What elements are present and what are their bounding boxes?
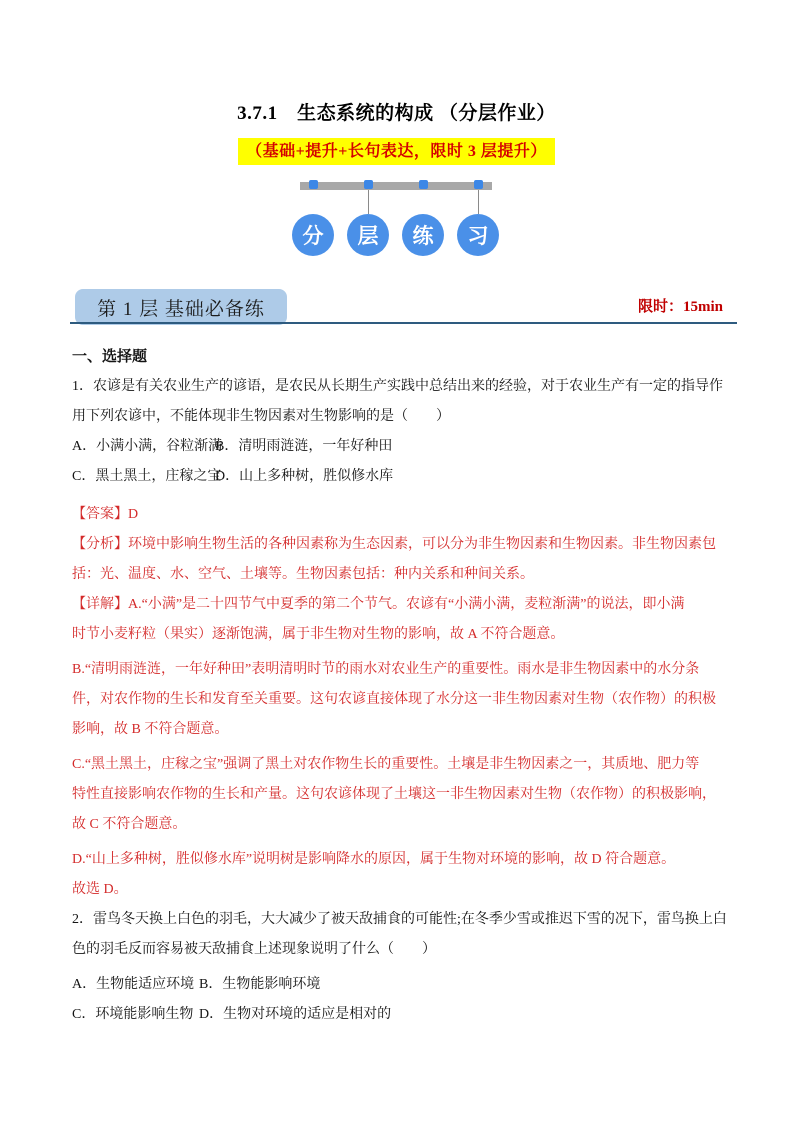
q2-option-c: C．环境能影响生物 (72, 1000, 199, 1030)
question-2: 2．雷鸟冬天换上白色的羽毛，大大减少了被天敌捕食的可能性;在冬季少雪或推迟下雪的… (72, 905, 722, 1030)
banner-circle-ceng: 层 (347, 214, 389, 256)
q1-detail-a-line-2: 时节小麦籽粒（果实）逐渐饱满，属于非生物对生物的影响，故 A 不符合题意。 (72, 620, 722, 650)
q2-option-d: D．生物对环境的适应是相对的 (199, 1000, 391, 1030)
question-1: 1．农谚是有关农业生产的谚语，是农民从长期生产实践中总结出来的经验，对于农业生产… (72, 372, 722, 905)
q1-answer: 【答案】D (72, 500, 722, 530)
time-limit-badge: 限时：15min (638, 295, 723, 316)
section-heading: 一、选择题 (72, 342, 722, 372)
q1-option-d: D．山上多种树，胜似修水库 (215, 462, 393, 492)
q1-conclusion: 故选 D。 (72, 875, 722, 905)
q1-detail-c-line-3: 故 C 不符合题意。 (72, 810, 722, 840)
q1-stem-line-1: 1．农谚是有关农业生产的谚语，是农民从长期生产实践中总结出来的经验，对于农业生产… (72, 372, 722, 402)
q1-option-b: B．清明雨涟涟，一年好种田 (215, 432, 392, 462)
banner-circle-fen: 分 (292, 214, 334, 256)
banner-circle-xi: 习 (457, 214, 499, 256)
worksheet-page: 3.7.1 生态系统的构成 （分层作业） （基础+提升+长句表达，限时 3 层提… (0, 0, 793, 1122)
banner-dot-1 (309, 180, 318, 189)
q1-option-a: A．小满小满，谷粒渐满 (72, 432, 215, 462)
banner-connector-2 (478, 190, 479, 214)
q2-options-row-cd: C．环境能影响生物 D．生物对环境的适应是相对的 (72, 1000, 722, 1030)
subtitle-banner: （基础+提升+长句表达，限时 3 层提升） (238, 138, 555, 165)
q2-stem-line-2: 色的羽毛反而容易被天敌捕食上述现象说明了什么（ ） (72, 935, 722, 965)
q1-analysis-line-1: 【分析】环境中影响生物生活的各种因素称为生态因素，可以分为非生物因素和生物因素。… (72, 530, 722, 560)
banner-connector-1 (368, 190, 369, 214)
q1-analysis: 【分析】环境中影响生物生活的各种因素称为生态因素，可以分为非生物因素和生物因素。… (72, 530, 722, 590)
q1-detail-c-line-1: C.“黑土黑土，庄稼之宝”强调了黑土对农作物生长的重要性。土壤是非生物因素之一，… (72, 750, 722, 780)
header-rule (70, 322, 737, 324)
banner-dot-3 (419, 180, 428, 189)
banner-bar (300, 182, 492, 190)
question-content: 一、选择题 1．农谚是有关农业生产的谚语，是农民从长期生产实践中总结出来的经验，… (72, 342, 722, 1030)
subtitle-row: （基础+提升+长句表达，限时 3 层提升） (0, 138, 793, 165)
q1-detail-b: B.“清明雨涟涟，一年好种田”表明清明时节的雨水对农业生产的重要性。雨水是非生物… (72, 655, 722, 745)
q1-detail-b-line-1: B.“清明雨涟涟，一年好种田”表明清明时节的雨水对农业生产的重要性。雨水是非生物… (72, 655, 722, 685)
q1-options-row-cd: C．黑土黑土，庄稼之宝 D．山上多种树，胜似修水库 (72, 462, 722, 492)
layer1-header: 第 1 层 基础必备练 限时：15min (70, 289, 737, 325)
banner-dot-2 (364, 180, 373, 189)
q2-option-a: A．生物能适应环境 (72, 970, 199, 1000)
q1-option-c: C．黑土黑土，庄稼之宝 (72, 462, 215, 492)
page-title: 3.7.1 生态系统的构成 （分层作业） (0, 0, 793, 125)
layer1-label: 第 1 层 基础必备练 (75, 289, 287, 325)
q1-detail-d: D.“山上多种树，胜似修水库”说明树是影响降水的原因，属于生物对环境的影响，故 … (72, 845, 722, 875)
q1-detail-c-line-2: 特性直接影响农作物的生长和产量。这句农谚体现了土壤这一非生物因素对生物（农作物）… (72, 780, 722, 810)
banner-dot-4 (474, 180, 483, 189)
q1-stem-line-2: 用下列农谚中，不能体现非生物因素对生物影响的是（ ） (72, 402, 722, 432)
q1-detail-a-line-1: 【详解】A.“小满”是二十四节气中夏季的第二个节气。农谚有“小满小满，麦粒渐满”… (72, 590, 722, 620)
layered-practice-banner: 分 层 练 习 (0, 181, 793, 259)
q2-options-row-ab: A．生物能适应环境 B．生物能影响环境 (72, 970, 722, 1000)
q1-detail-c: C.“黑土黑土，庄稼之宝”强调了黑土对农作物生长的重要性。土壤是非生物因素之一，… (72, 750, 722, 840)
q1-detail-a: 【详解】A.“小满”是二十四节气中夏季的第二个节气。农谚有“小满小满，麦粒渐满”… (72, 590, 722, 650)
q2-option-b: B．生物能影响环境 (199, 970, 320, 1000)
q1-detail-b-line-3: 影响，故 B 不符合题意。 (72, 715, 722, 745)
q1-detail-b-line-2: 件，对农作物的生长和发育至关重要。这句农谚直接体现了水分这一非生物因素对生物（农… (72, 685, 722, 715)
q1-options-row-ab: A．小满小满，谷粒渐满 B．清明雨涟涟，一年好种田 (72, 432, 722, 462)
q2-stem-line-1: 2．雷鸟冬天换上白色的羽毛，大大减少了被天敌捕食的可能性;在冬季少雪或推迟下雪的… (72, 905, 722, 935)
banner-circle-lian: 练 (402, 214, 444, 256)
q1-analysis-line-2: 括：光、温度、水、空气、土壤等。生物因素包括：种内关系和种间关系。 (72, 560, 722, 590)
